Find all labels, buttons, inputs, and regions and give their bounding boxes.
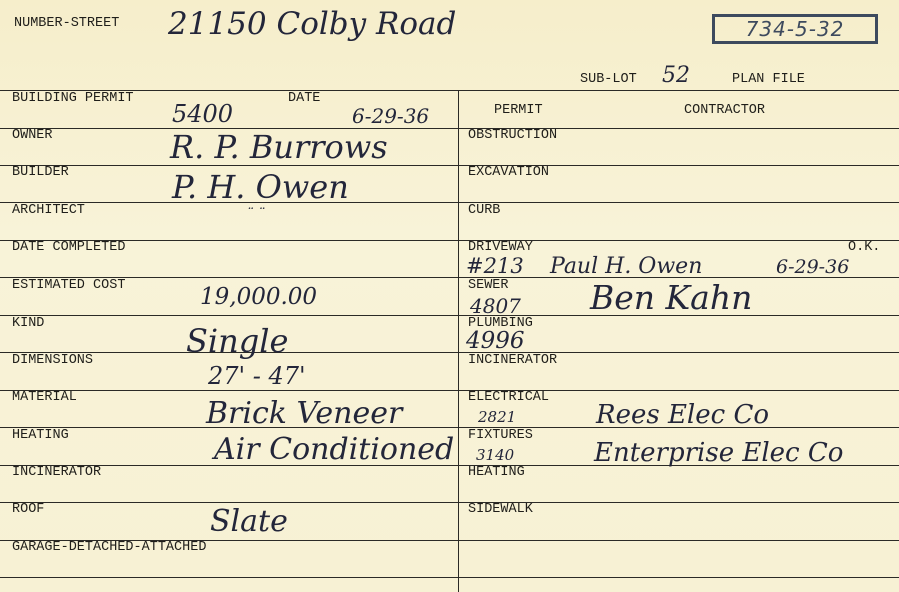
roof-label: ROOF	[12, 502, 44, 517]
date-label: DATE	[288, 91, 320, 106]
architect-label: ARCHITECT	[12, 203, 85, 218]
sewer-contractor: Ben Kahn	[590, 278, 752, 317]
electrical-permit-number: 2821	[478, 408, 516, 426]
estimated-cost-value: 19,000.00	[200, 284, 317, 310]
excavation-label: EXCAVATION	[468, 165, 549, 180]
rule-line	[0, 165, 899, 166]
file-number-stamp: 734-5-32	[712, 14, 878, 44]
owner-value: R. P. Burrows	[170, 128, 388, 166]
plumbing-permit-number: 4996	[466, 328, 525, 354]
kind-value: Single	[186, 322, 288, 360]
sub-lot-label: SUB-LOT	[580, 72, 637, 87]
column-divider	[458, 90, 459, 592]
incinerator-permit-label: INCINERATOR	[468, 353, 557, 368]
heating-label: HEATING	[12, 428, 69, 443]
driveway-label: DRIVEWAY	[468, 240, 533, 255]
rule-line	[0, 240, 899, 241]
contractor-column-header: CONTRACTOR	[684, 103, 765, 118]
dimensions-label: DIMENSIONS	[12, 353, 93, 368]
number-street-label: NUMBER-STREET	[14, 16, 119, 31]
electrical-label: ELECTRICAL	[468, 390, 549, 405]
rule-line	[0, 315, 899, 316]
fixtures-label: FIXTURES	[468, 428, 533, 443]
rule-line	[0, 390, 899, 391]
sub-lot-value: 52	[662, 63, 690, 88]
plan-file-label: PLAN FILE	[732, 72, 805, 87]
sidewalk-label: SIDEWALK	[468, 502, 533, 517]
driveway-contractor: Paul H. Owen	[550, 254, 702, 279]
rule-line	[0, 277, 899, 278]
rule-line	[0, 352, 899, 353]
electrical-contractor: Rees Elec Co	[596, 400, 769, 430]
rule-line	[0, 90, 899, 91]
obstruction-label: OBSTRUCTION	[468, 128, 557, 143]
driveway-date: 6-29-36	[776, 256, 849, 278]
building-permit-label: BUILDING PERMIT	[12, 91, 134, 106]
date-completed-label: DATE COMPLETED	[12, 240, 125, 255]
builder-value: P. H. Owen	[172, 168, 349, 206]
curb-label: CURB	[468, 203, 500, 218]
heating-value: Air Conditioned	[214, 432, 454, 467]
incinerator-label: INCINERATOR	[12, 465, 101, 480]
architect-value: ¨ ¨	[246, 206, 264, 222]
fixtures-permit-number: 3140	[476, 446, 514, 464]
fixtures-contractor: Enterprise Elec Co	[594, 438, 843, 468]
rule-line	[0, 502, 899, 503]
garage-label: GARAGE-DETACHED-ATTACHED	[12, 540, 206, 555]
rule-line	[0, 202, 899, 203]
rule-line	[0, 577, 899, 578]
driveway-ok: O.K.	[848, 240, 880, 255]
roof-value: Slate	[210, 504, 288, 539]
date-value: 6-29-36	[352, 104, 429, 128]
estimated-cost-label: ESTIMATED COST	[12, 278, 125, 293]
dimensions-value: 27' - 47'	[208, 362, 306, 390]
builder-label: BUILDER	[12, 165, 69, 180]
driveway-permit-number: #213	[466, 254, 524, 278]
material-label: MATERIAL	[12, 390, 77, 405]
material-value: Brick Veneer	[206, 396, 402, 431]
permit-column-header: PERMIT	[494, 103, 543, 118]
sewer-label: SEWER	[468, 278, 509, 293]
number-street-value: 21150 Colby Road	[168, 6, 456, 42]
sewer-permit-number: 4807	[470, 294, 521, 318]
owner-label: OWNER	[12, 128, 53, 143]
rule-line	[0, 128, 899, 129]
kind-label: KIND	[12, 316, 44, 331]
heating-permit-label: HEATING	[468, 465, 525, 480]
building-permit-value: 5400	[172, 100, 233, 128]
building-permit-card: NUMBER-STREET 21150 Colby Road 734-5-32 …	[0, 0, 899, 592]
